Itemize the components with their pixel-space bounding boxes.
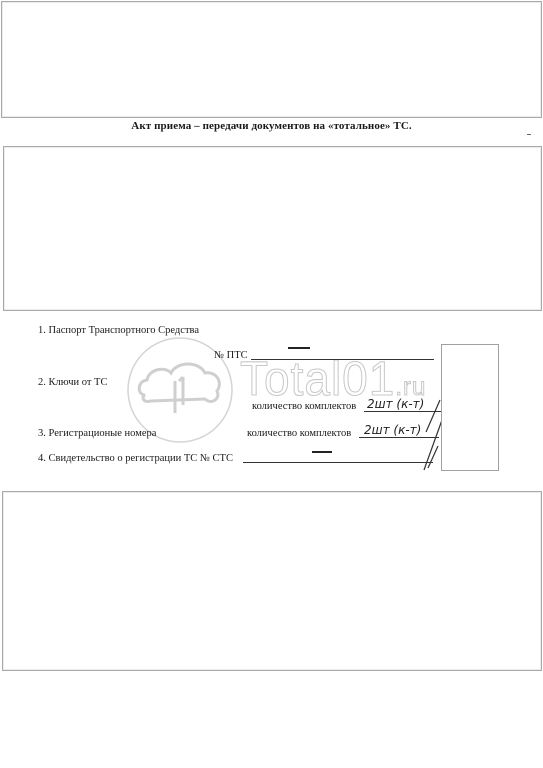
plates-count-line bbox=[359, 437, 439, 438]
stamp-box bbox=[441, 344, 499, 471]
item-pts: 1. Паспорт Транспортного Средства bbox=[38, 325, 199, 336]
watermark-text: Total01.ru bbox=[240, 354, 426, 402]
redacted-block-header bbox=[1, 1, 542, 118]
pts-field-line bbox=[251, 359, 434, 360]
item-plates: 3. Регистрационые номера bbox=[38, 428, 156, 439]
plates-count-value: 2шт (к-т) bbox=[364, 423, 421, 437]
document-title: Акт приема – передачи документов на «тот… bbox=[0, 120, 543, 132]
sts-value-dash bbox=[312, 451, 332, 453]
page-mark bbox=[527, 134, 531, 135]
keys-count-value: 2шт (к-т) bbox=[367, 397, 424, 411]
pts-label: № ПТС bbox=[214, 350, 248, 361]
pts-value-dash bbox=[288, 347, 310, 349]
item-sts: 4. Свидетельство о регистрации ТС № СТС bbox=[38, 453, 233, 464]
item-keys: 2. Ключи от ТС bbox=[38, 377, 107, 388]
redacted-block-signatures bbox=[2, 491, 542, 671]
keys-count-label: количество комплектов bbox=[252, 401, 356, 412]
keys-count-line bbox=[364, 411, 442, 412]
plates-count-label: количество комплектов bbox=[247, 428, 351, 439]
sts-field-line bbox=[243, 462, 433, 463]
redacted-block-parties bbox=[3, 146, 542, 311]
